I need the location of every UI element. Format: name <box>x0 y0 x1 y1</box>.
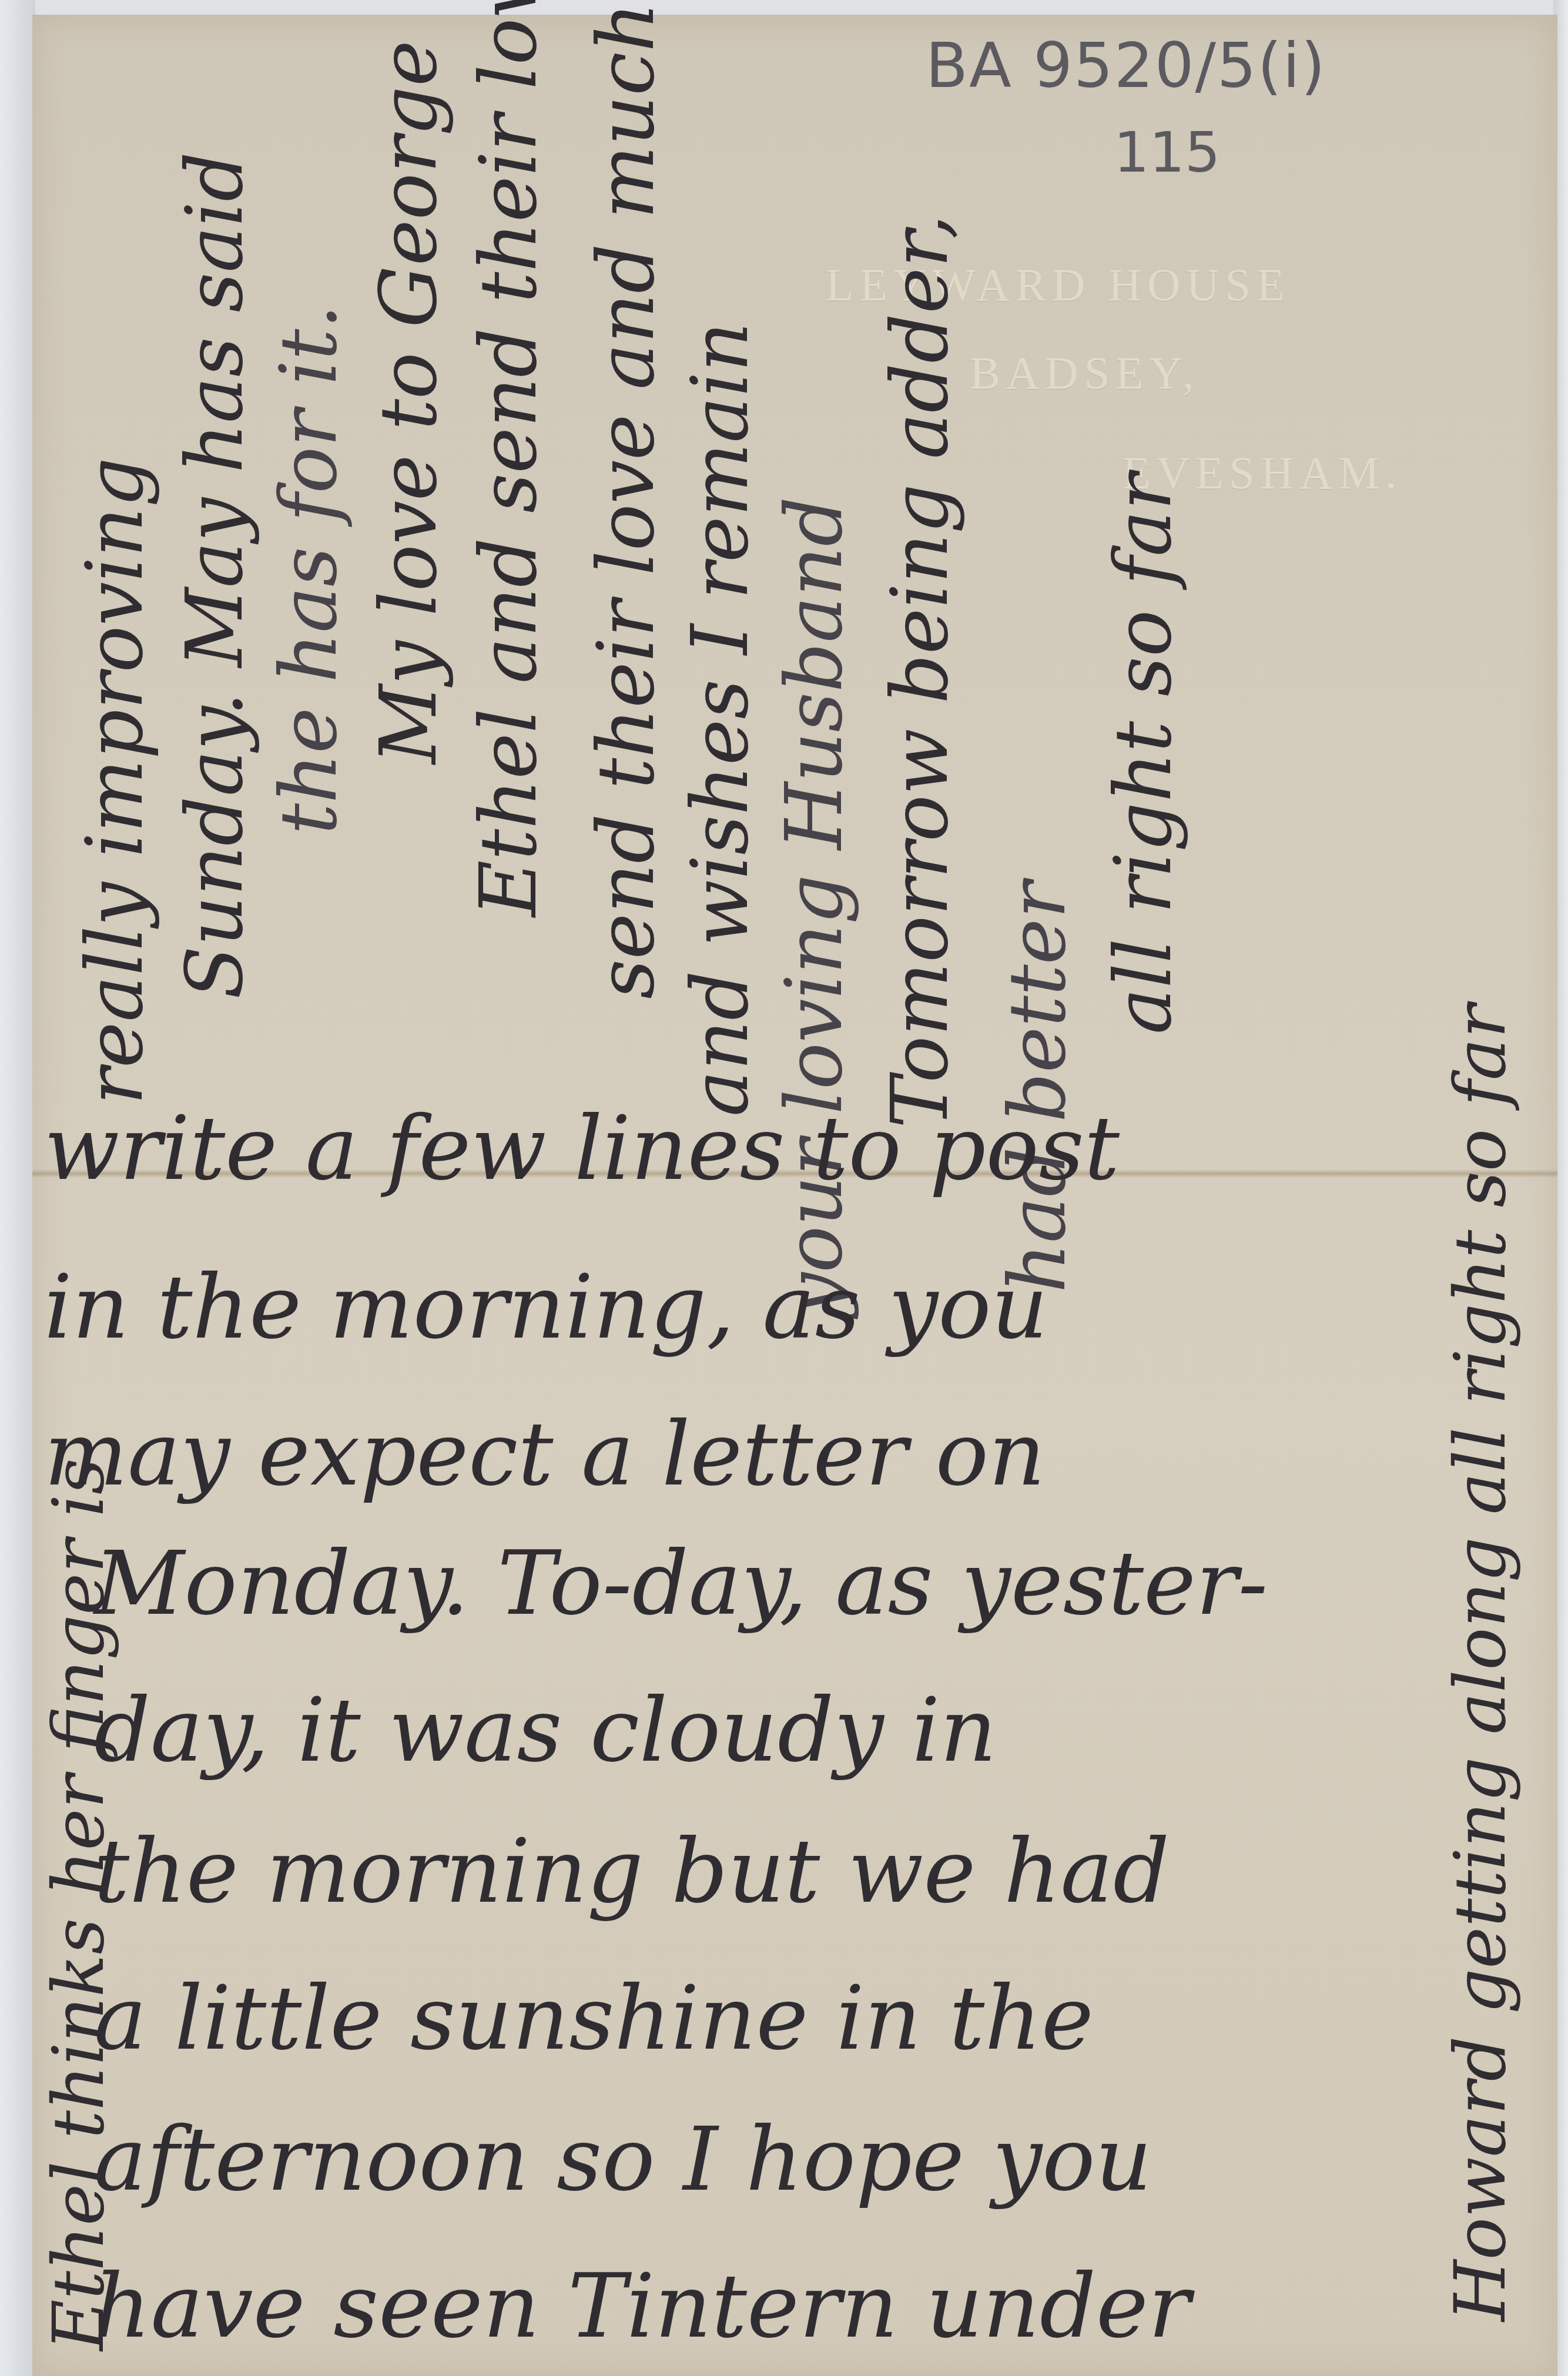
cross-line: Tomorrow being adder, <box>882 215 959 1128</box>
cross-line: send their love and much from <box>588 0 665 999</box>
left-margin-note: Ethel thinks her finger is <box>44 1458 115 2351</box>
body-line: the morning but we had <box>94 1828 1170 1916</box>
letterhead-village: BADSEY, <box>970 347 1200 400</box>
right-margin-note: Howard getting along all right so far <box>1446 1004 1516 2321</box>
body-line: a little sunshine in the <box>94 1975 1094 2063</box>
cross-line: really improving <box>76 457 154 1105</box>
body-line: have seen Tintern under <box>94 2263 1190 2351</box>
body-line: day, it was cloudy in <box>94 1687 997 1775</box>
body-line: afternoon so I hope you <box>94 2116 1152 2204</box>
body-line: Monday. To-day, as yester- <box>94 1540 1268 1628</box>
cross-line: and wishes I remain <box>682 322 759 1117</box>
cross-line: Sunday. May has said <box>176 152 254 999</box>
body-line: write a few lines to post <box>44 1105 1120 1193</box>
cross-line: all right so far <box>1105 473 1182 1034</box>
body-line: in the morning, as you <box>44 1264 1048 1352</box>
cross-line: My love to George <box>370 41 448 764</box>
cross-line: the has for it. <box>270 304 348 835</box>
cross-line: had better <box>999 882 1077 1293</box>
cross-line: Ethel and send their love <box>470 0 548 917</box>
body-line: may expect a letter on <box>44 1410 1046 1499</box>
scan-background-left <box>0 0 35 2376</box>
page-number: 115 <box>1114 120 1220 185</box>
archive-reference: BA 9520/5(i) <box>926 35 1326 97</box>
